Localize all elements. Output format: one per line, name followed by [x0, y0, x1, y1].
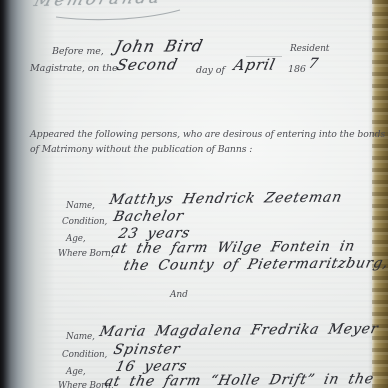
- bride-where-born-line1: at the farm “Holle Drift” in the: [103, 371, 376, 388]
- condition-label: Condition,: [62, 350, 107, 360]
- and-label: And: [170, 290, 188, 300]
- bride-condition-value: Spinster: [112, 341, 182, 358]
- groom-name-value: Matthys Hendrick Zeeteman: [108, 190, 344, 208]
- magistrate-label: Magistrate, on the: [30, 63, 118, 74]
- scrawl-underline: [52, 8, 184, 21]
- resident-label: Resident: [290, 44, 329, 54]
- groom-where-born-line2: the County of Pietermaritzburg, Natal: [122, 255, 388, 274]
- groom-where-born-line1: at the farm Wilge Fontein in: [110, 238, 357, 257]
- where-born-label: Where Born,: [58, 249, 113, 259]
- name-label: Name,: [66, 201, 95, 211]
- age-label: Age,: [66, 234, 86, 244]
- condition-label: Condition,: [62, 217, 107, 227]
- month-value: April: [232, 56, 277, 74]
- register-page: Memoranda Before me, John Bird Resident …: [0, 0, 388, 388]
- year-printed: 186: [288, 64, 306, 75]
- year-digit: 7: [307, 56, 320, 72]
- preamble-line1: Appeared the following persons, who are …: [30, 129, 385, 140]
- day-value: Second: [115, 55, 180, 74]
- day-of-label: day of: [196, 65, 225, 76]
- book-gutter: [0, 0, 55, 388]
- preamble-line2: of Matrimony without the publication of …: [30, 144, 252, 155]
- name-label: Name,: [66, 332, 95, 342]
- groom-condition-value: Bachelor: [112, 208, 185, 225]
- bride-name-value: Maria Magdalena Fredrika Meyer: [98, 321, 380, 340]
- officiant-name: John Bird: [113, 36, 205, 56]
- before-me-label: Before me,: [52, 46, 104, 57]
- age-label: Age,: [66, 367, 86, 377]
